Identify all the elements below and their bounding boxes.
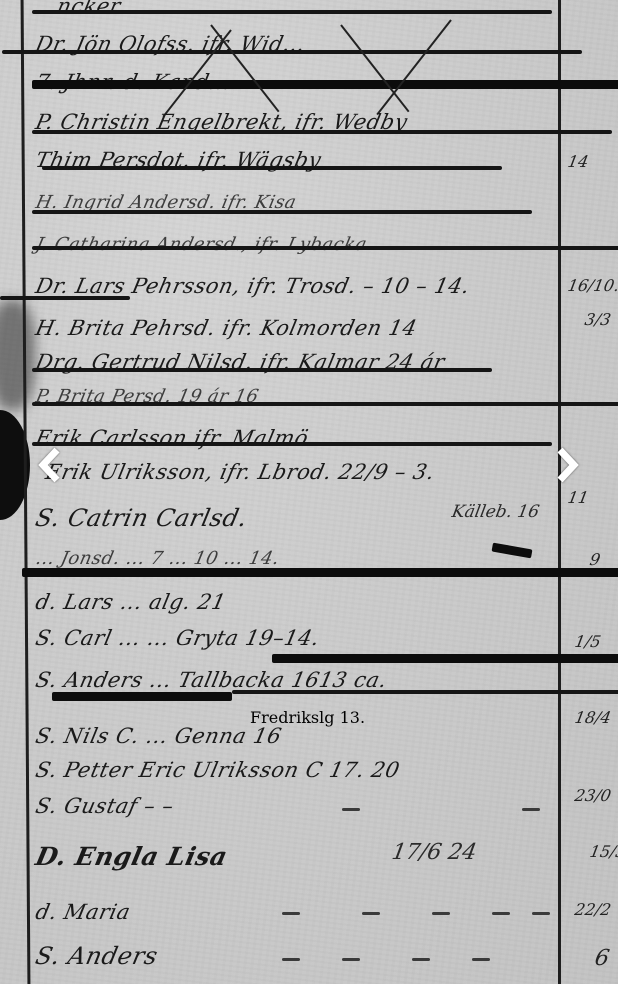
strike-line: [32, 442, 552, 446]
image-viewer: ...ncker ... ... Dr. Jön Olofss. ifr. Wi…: [0, 0, 618, 984]
strike-line: [32, 402, 618, 406]
register-row: S. Anders: [32, 940, 554, 974]
register-row: S. Gustaf – –: [32, 792, 554, 826]
register-row: Drg. Gertrud Nilsd. ifr. Kalmar 24 ár: [32, 348, 554, 382]
strike-line: [32, 130, 612, 134]
register-row: Thim Persdot. ifr. Wägsby: [32, 146, 554, 180]
strike-line: [2, 50, 582, 54]
register-row: S. Nils C. ... Genna 16: [32, 722, 554, 756]
register-row: d. Lars ... alg. 21: [32, 588, 554, 622]
strike-line: [232, 690, 618, 694]
previous-image-button[interactable]: [32, 445, 68, 485]
register-row: Erik Ulriksson, ifr. Lbrod. 22/9 – 3.: [32, 458, 554, 492]
ink-smudge: [0, 300, 35, 410]
register-row: Erik Carlsson ifr. Malmö: [32, 424, 554, 458]
register-row: S. Anders ... Tallbacka 1613 ca.: [32, 666, 554, 700]
register-row: d. Maria: [32, 898, 554, 932]
register-row: D. Engla Lisa 17/6 24: [32, 840, 554, 874]
strike-line: [32, 80, 618, 89]
register-row: Dr. Lars Pehrsson, ifr. Trosd. – 10 – 14…: [32, 272, 554, 306]
chevron-right-icon: [552, 446, 582, 484]
strike-line: [32, 10, 552, 14]
register-row: H. Brita Pehrsd. ifr. Kolmorden 14: [32, 314, 554, 348]
register-row: J. Catharina Andersd., ifr. Lybacka: [32, 232, 554, 266]
register-row: ... Jonsd. ... 7 ... 10 ... 14.: [32, 546, 554, 580]
strike-line: [42, 166, 502, 170]
register-row: P. Christin Engelbrekt, ifr. Wedby: [32, 108, 554, 142]
strike-line: [22, 568, 618, 577]
register-row: ...ncker ... ...: [32, 0, 554, 26]
strike-line: [32, 246, 618, 250]
right-column-rule: [558, 0, 561, 984]
chevron-left-icon: [35, 446, 65, 484]
register-row: P. Brita Persd. 19 ár 16: [32, 384, 554, 418]
register-row: H. Ingrid Andersd. ifr. Kisa: [32, 190, 554, 224]
register-row: S. Carl ... ... Gryta 19–14.: [32, 624, 554, 658]
margin-rule: [0, 296, 130, 300]
strike-line: [52, 692, 232, 701]
strike-line: [32, 210, 532, 214]
strike-line: [272, 654, 618, 663]
register-row: Dr. Jön Olofss. ifr. Wid...: [32, 30, 554, 64]
register-row: 7. Jhnr. d. Kand...: [32, 68, 554, 102]
register-row: S. Catrin Carlsd. Källeb. 16: [32, 502, 554, 536]
next-image-button[interactable]: [549, 445, 585, 485]
strike-line: [32, 368, 492, 372]
register-row: S. Petter Eric Ulriksson C 17. 20: [32, 756, 554, 790]
